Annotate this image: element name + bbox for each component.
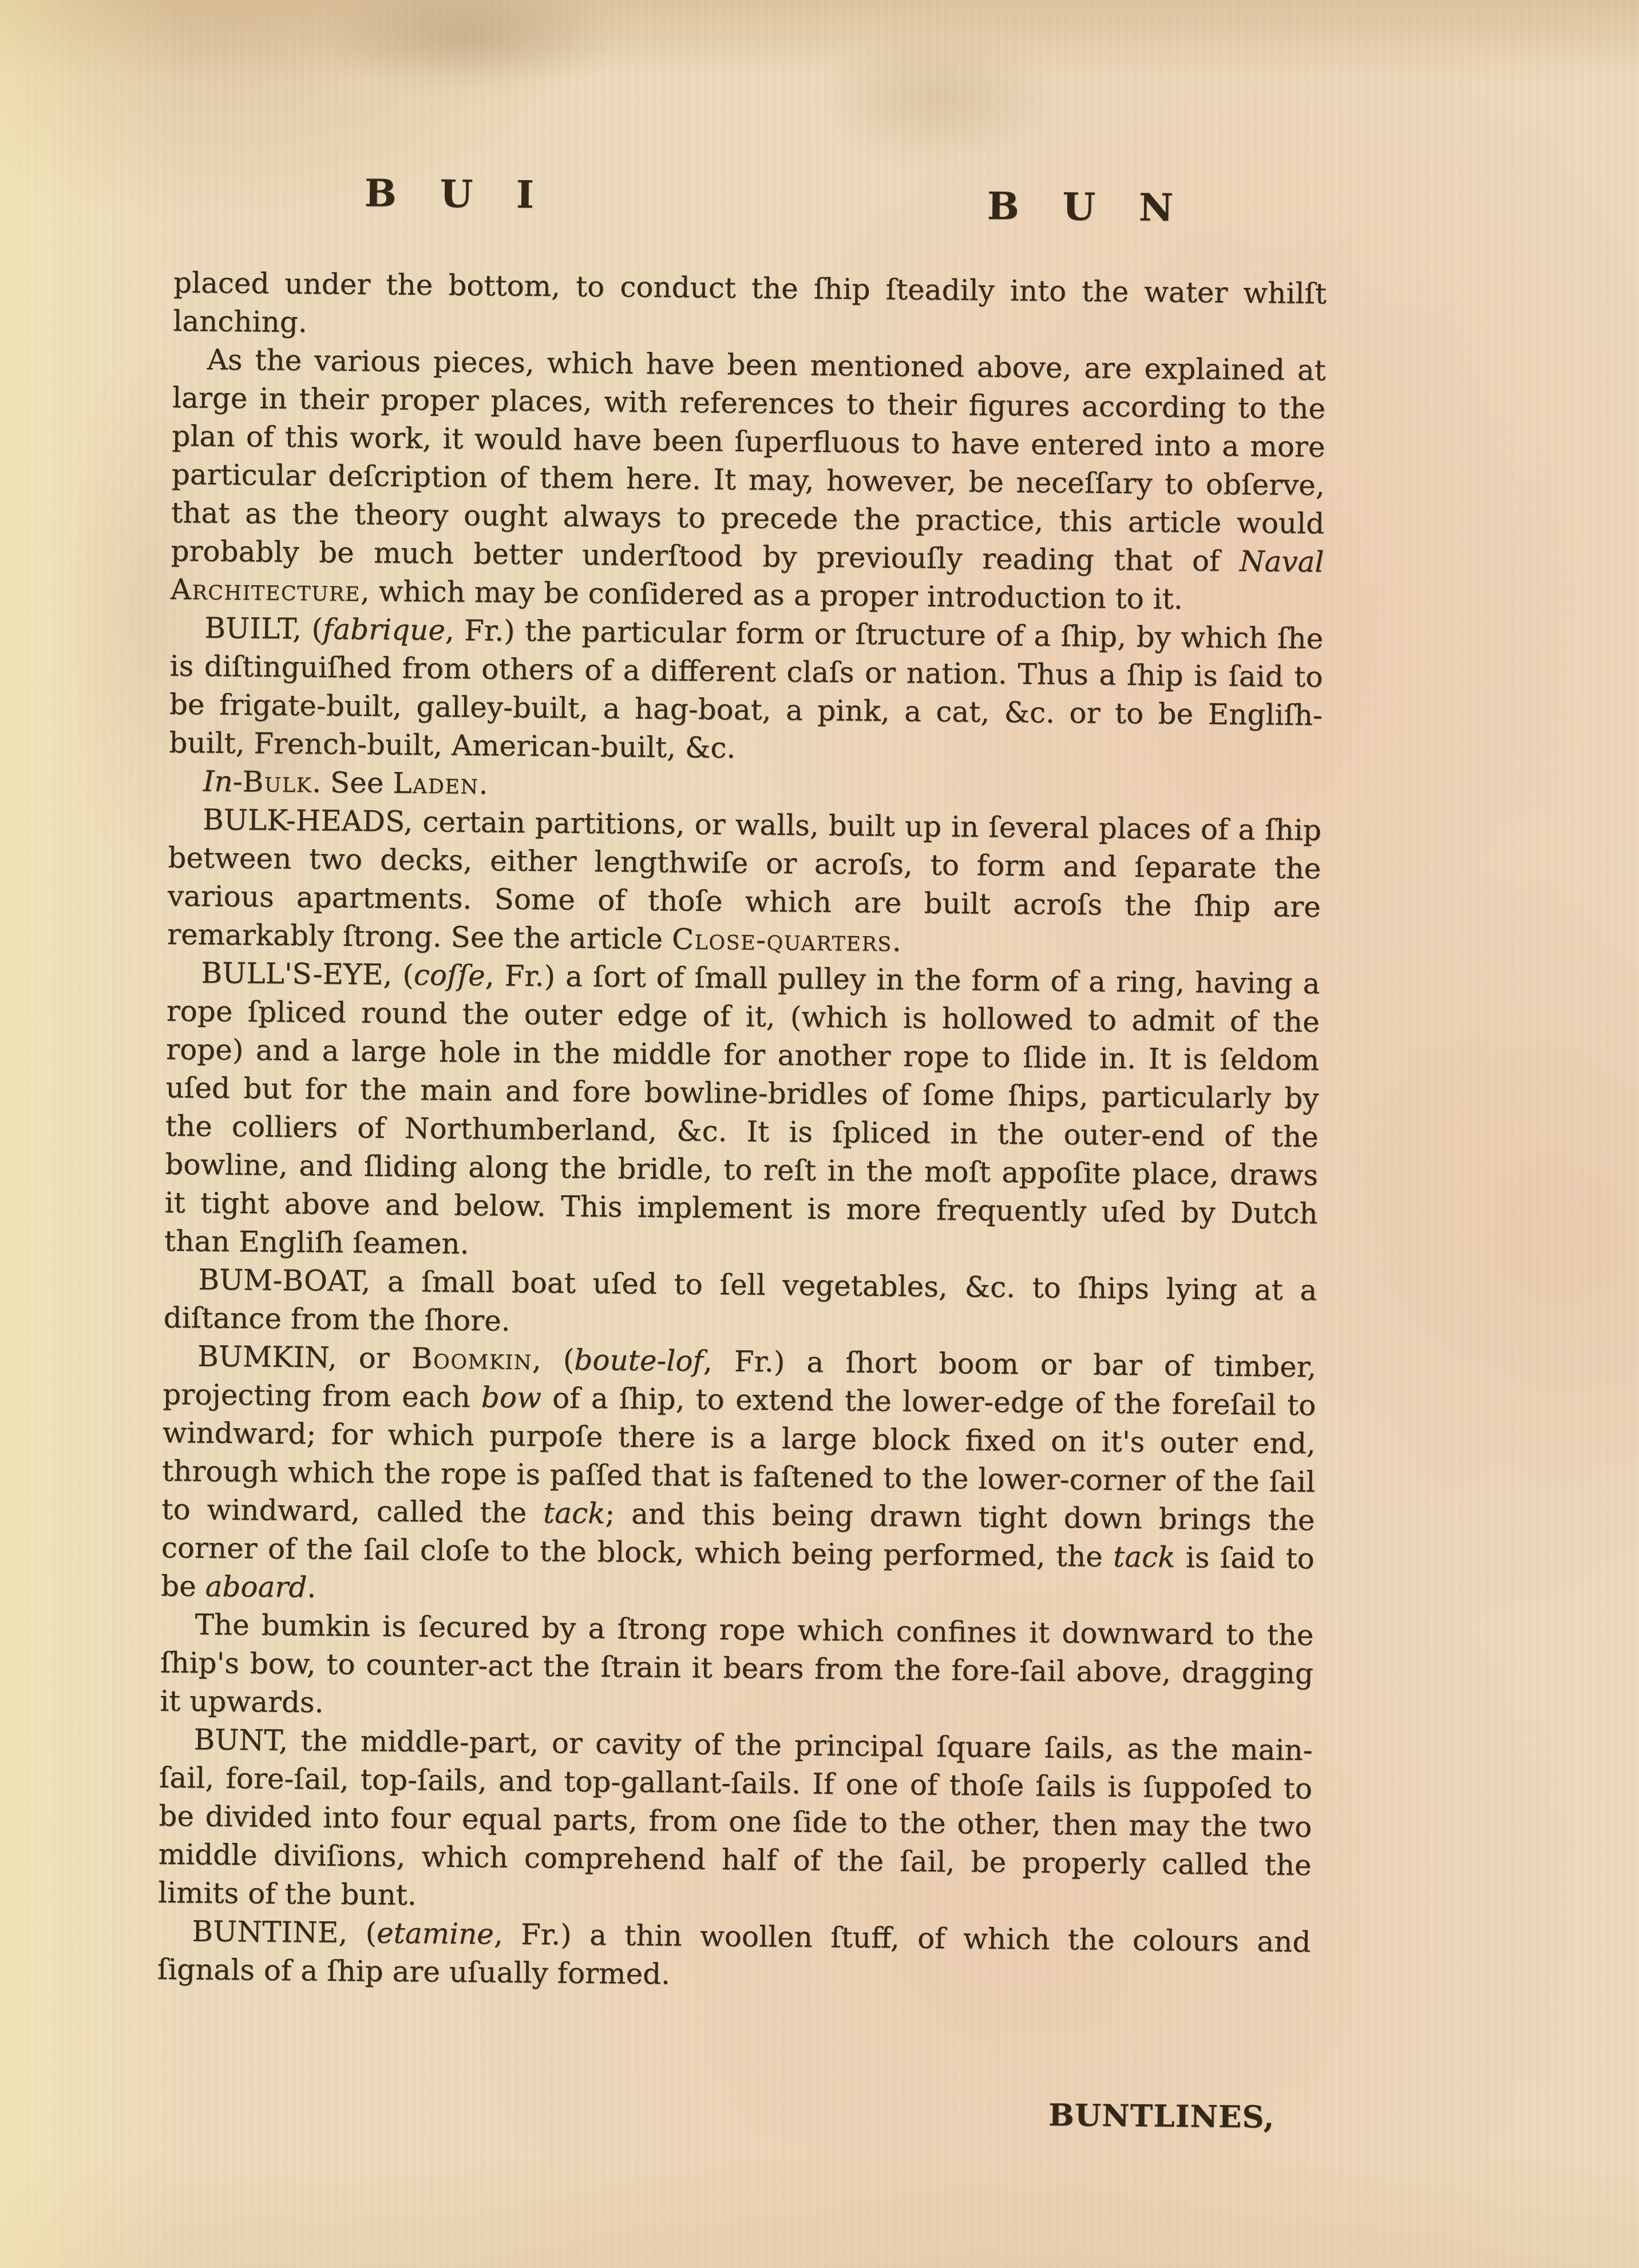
text-segment: bow	[481, 1381, 541, 1414]
text-segment: fabrique	[323, 613, 446, 647]
text-segment: tack	[543, 1496, 605, 1530]
paragraph: BUMKIN, or Boomkin, (boute-lof, Fr.) a ſ…	[161, 1337, 1316, 1616]
text-segment: boute-lof	[574, 1343, 703, 1378]
paper-stain	[818, 34, 1059, 160]
book-page: B U I B U N placed under the bottom, to …	[0, 0, 1639, 2268]
paragraph: The bumkin is ſecured by a ſtrong rope w…	[160, 1605, 1314, 1731]
text-segment: BUM-BOAT, a ſmall boat uſed to ſell vege…	[163, 1263, 1317, 1337]
paragraph: BULL'S-EYE, (coſſe, Fr.) a ſort of ſmall…	[164, 954, 1320, 1271]
paragraph: BULK-HEADS, certain partitions, or walls…	[167, 800, 1321, 965]
body-text: placed under the bottom, to conduct the …	[157, 264, 1327, 2000]
catchword: BUNTLINES,	[1048, 2097, 1275, 2135]
running-head-right: B U N	[987, 184, 1189, 230]
paragraph: As the various pieces, which have been m…	[171, 340, 1326, 620]
text-segment: , (	[532, 1343, 575, 1377]
text-segment: , Fr.) a ſort of ſmall pulley in the for…	[164, 959, 1320, 1260]
running-head-left: B U I	[365, 171, 549, 217]
text-segment: coſſe	[414, 958, 485, 992]
text-segment: BUMKIN, or	[197, 1339, 411, 1375]
text-segment: BULL'S-EYE, (	[201, 957, 414, 992]
text-segment: BUNT, the middle-part, or cavity of the …	[158, 1723, 1313, 1912]
text-segment: Architecture	[171, 573, 361, 608]
text-segment: In	[203, 765, 233, 798]
text-segment: . See	[312, 766, 393, 799]
text-segment: , which may be conſidered as a proper in…	[361, 574, 1183, 616]
text-segment: Boomkin	[411, 1342, 533, 1376]
paragraph: BUM-BOAT, a ſmall boat uſed to ſell vege…	[163, 1260, 1317, 1348]
text-segment: Laden	[393, 767, 479, 800]
text-segment: Naval	[1240, 545, 1324, 578]
text-segment: Bulk	[242, 765, 312, 799]
text-segment: .	[478, 767, 488, 800]
text-segment: .	[892, 925, 901, 958]
catchword-row: BUNTLINES,	[156, 2089, 1309, 2135]
text-segment: aboard	[205, 1570, 307, 1604]
paragraph: BUILT, (fabrique, Fr.) the particular fo…	[169, 609, 1323, 773]
text-segment: BUNTINE, (	[192, 1914, 377, 1949]
text-segment: placed under the bottom, to conduct the …	[173, 266, 1327, 339]
paragraph: placed under the bottom, to conduct the …	[173, 264, 1327, 351]
text-segment: .	[307, 1571, 316, 1604]
text-segment: etamine	[377, 1917, 494, 1951]
text-segment: The bumkin is ſecured by a ſtrong rope w…	[160, 1608, 1314, 1719]
text-segment: BUILT, (	[204, 612, 323, 646]
running-head: B U I B U N	[174, 169, 1328, 260]
paper-stain	[320, 0, 618, 92]
text-segment: tack	[1113, 1540, 1175, 1574]
page-content: B U I B U N placed under the bottom, to …	[156, 169, 1328, 2135]
paragraph: BUNTINE, (etamine, Fr.) a thin woollen ſ…	[157, 1912, 1311, 2000]
text-segment: As the various pieces, which have been m…	[171, 343, 1326, 578]
paragraph: BUNT, the middle-part, or cavity of the …	[158, 1720, 1313, 1923]
text-segment: -	[232, 765, 242, 798]
text-segment: Close-quarters	[672, 922, 893, 958]
